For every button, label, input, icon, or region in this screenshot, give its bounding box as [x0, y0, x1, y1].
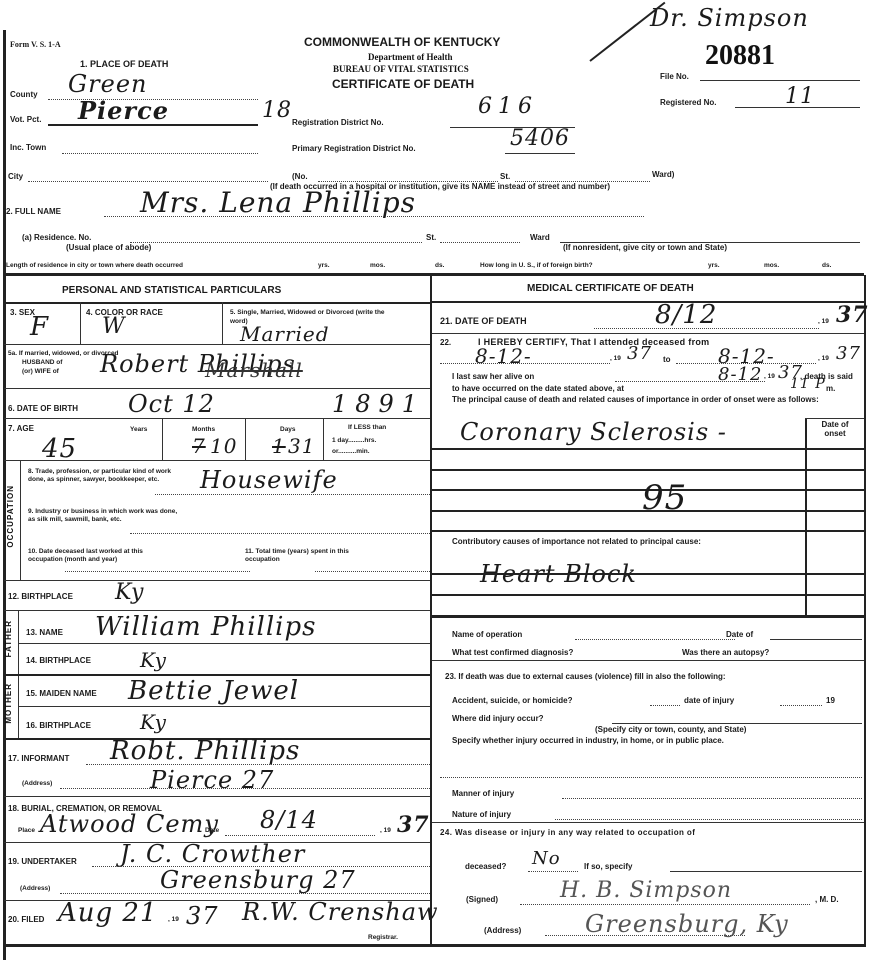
- specify-line: [670, 871, 862, 872]
- residence-st-label: St.: [426, 233, 436, 242]
- personal-title-line: [4, 302, 430, 304]
- father-birthplace-label: 14. BIRTHPLACE: [26, 656, 91, 665]
- cause-line-4: [432, 510, 864, 512]
- inc-town-line: [62, 153, 258, 154]
- how-long-us-label: How long in U. S., if of foreign birth?: [480, 262, 593, 269]
- undertaker-address: Greensburg 27: [160, 866, 356, 894]
- time-of-death: 11 P: [790, 376, 826, 392]
- department: Department of Health: [368, 52, 452, 62]
- dob-month-day: Oct 12: [128, 390, 215, 418]
- attended-to-year-prefix: , 19: [818, 355, 829, 362]
- birthplace-value: Ky: [115, 580, 144, 605]
- certify-no: 22.: [440, 338, 451, 347]
- us-yrs: yrs.: [708, 262, 720, 269]
- row-line: [4, 388, 430, 389]
- vot-pct-line: [48, 124, 258, 126]
- principal-cause-text: The principal cause of death and related…: [452, 395, 862, 405]
- last-saw-line: [615, 381, 765, 382]
- mother-birthplace-label: 16. BIRTHPLACE: [26, 721, 91, 730]
- row-line: [4, 580, 430, 581]
- operation-date-line: [770, 639, 862, 640]
- date-of-death-label: 21. DATE OF DEATH: [440, 316, 527, 326]
- ward-label: Ward): [652, 170, 674, 179]
- residence-label: (a) Residence. No.: [22, 233, 91, 242]
- burial-date-label: Date: [205, 827, 219, 834]
- last-worked-line: [65, 571, 250, 572]
- specify-label: If so, specify: [584, 862, 632, 871]
- father-name: William Phillips: [95, 612, 316, 642]
- filed-year-prefix: , 19: [168, 916, 179, 923]
- county: Green: [68, 70, 148, 98]
- m-label: m.: [826, 384, 835, 393]
- undertaker-address-label: (Address): [20, 885, 50, 892]
- race-value: W: [102, 314, 126, 339]
- mother-side-label: MOTHER: [4, 683, 13, 724]
- onset-top-line: [805, 418, 864, 419]
- filed-date: Aug 21: [58, 898, 158, 928]
- row-line: [4, 796, 430, 797]
- months-label: Months: [192, 426, 215, 433]
- nature-label: Nature of injury: [452, 810, 511, 819]
- state-title: COMMONWEALTH OF KENTUCKY: [304, 35, 500, 49]
- injury-date-line: [780, 705, 822, 706]
- industry-label: 9. Industry or business in which work wa…: [28, 508, 183, 524]
- attended-from-year-prefix: , 19: [610, 355, 621, 362]
- operation-line: [575, 639, 735, 640]
- where-injury-line: [612, 723, 862, 724]
- sex-value: F: [30, 312, 49, 342]
- to-label: to: [663, 355, 671, 364]
- less-than-label: If LESS than: [348, 424, 386, 431]
- birthplace-label: 12. BIRTHPLACE: [8, 592, 73, 601]
- accident-label: Accident, suicide, or homicide?: [452, 696, 572, 705]
- attended-to-year: 37: [836, 343, 861, 364]
- informant-address-line: [60, 788, 430, 789]
- nonresident-note: (If nonresident, give city or town and S…: [563, 243, 727, 252]
- residence-line: [130, 242, 422, 243]
- marital-value: Married: [240, 322, 330, 346]
- vot-pct-label: Vot. Pct.: [10, 115, 41, 124]
- attended-from: 8-12-: [475, 344, 532, 368]
- spouse-struck: Marshall: [205, 358, 303, 382]
- age-divider: [162, 418, 163, 460]
- form-id: Form V. S. 1-A: [10, 40, 61, 49]
- age-months: 10: [210, 434, 237, 458]
- mother-maiden-label: 15. MAIDEN NAME: [26, 689, 97, 698]
- burial-year-prefix: , 19: [380, 827, 391, 834]
- full-name: Mrs. Lena Phillips: [140, 186, 416, 219]
- registrar-signature: R.W. Crenshaw: [242, 898, 439, 926]
- signed-value: H. B. Simpson: [560, 878, 732, 903]
- manner-line: [562, 798, 862, 799]
- where-injury-label: Where did injury occur?: [452, 714, 544, 723]
- filed-label: 20. FILED: [8, 915, 44, 924]
- burial-date: 8/14: [260, 806, 318, 834]
- age-days-struck: 1: [272, 434, 286, 458]
- date-of-onset-label: Date of onset: [815, 420, 855, 438]
- last-saw-year-prefix: , 19: [764, 373, 775, 380]
- operation-label: Name of operation: [452, 630, 522, 639]
- date-of-death-line: [594, 328, 819, 329]
- where-injury-sub: (Specify city or town, county, and State…: [595, 725, 746, 734]
- burial-place-label: Place: [18, 827, 35, 834]
- dob-label: 6. DATE OF BIRTH: [8, 404, 78, 413]
- inc-town-label: Inc. Town: [10, 143, 46, 152]
- registered-no-label: Registered No.: [660, 98, 716, 107]
- certificate-title: CERTIFICATE OF DEATH: [332, 77, 474, 91]
- registered-no-line: [735, 107, 860, 108]
- row-line: [432, 822, 864, 823]
- last-worked-label: 10. Date deceased last worked at this oc…: [28, 548, 178, 564]
- father-birthplace: Ky: [140, 648, 167, 672]
- death-year-prefix: , 19: [818, 318, 829, 325]
- no-label: (No.: [292, 172, 308, 181]
- vot-pct: Pierce: [78, 96, 169, 125]
- injury-date-label: date of injury: [684, 696, 734, 705]
- trade-value: Housewife: [200, 466, 338, 494]
- undertaker-value: J. C. Crowther: [120, 840, 305, 868]
- or-min-label: or..........min.: [332, 448, 370, 455]
- informant-address-label: (Address): [22, 780, 52, 787]
- medical-section-title: MEDICAL CERTIFICATE OF DEATH: [527, 283, 694, 294]
- father-name-label: 13. NAME: [26, 628, 63, 637]
- attended-from-year: 37: [627, 343, 652, 364]
- medical-title-line: [432, 301, 864, 303]
- years-label: Years: [130, 426, 147, 433]
- informant-line: [86, 764, 430, 765]
- city-line: [28, 181, 268, 182]
- autopsy-label: Was there an autopsy?: [682, 648, 769, 657]
- registrar-label: Registrar.: [368, 934, 398, 941]
- deceased-line: [528, 871, 578, 872]
- contributory-label: Contributory causes of importance not re…: [452, 537, 782, 547]
- row-line: [18, 706, 430, 707]
- days-label: Days: [280, 426, 296, 433]
- signed-label: (Signed): [466, 895, 498, 904]
- file-no-line: [700, 80, 860, 81]
- row-line: [4, 610, 430, 611]
- informant-value: Robt. Phillips: [110, 736, 300, 766]
- file-no-label: File No.: [660, 72, 689, 81]
- age-months-struck: 7: [192, 434, 206, 458]
- county-label: County: [10, 90, 38, 99]
- occupation-side-label: OCCUPATION: [6, 485, 15, 548]
- contrib-line-2: [432, 594, 864, 596]
- sex-divider: [80, 302, 81, 344]
- primary-registration-district-line: [505, 153, 575, 154]
- test-label: What test confirmed diagnosis?: [452, 648, 573, 657]
- address-value: Greensburg, Ky: [585, 910, 789, 938]
- st-label: St.: [500, 172, 510, 181]
- length-ds: ds.: [435, 262, 444, 269]
- bottom-border: [4, 944, 866, 947]
- center-divider: [430, 275, 432, 945]
- cause-line-1: [432, 448, 864, 450]
- mother-maiden: Bettie Jewel: [128, 676, 299, 706]
- address-line: [545, 935, 745, 936]
- primary-registration-district: 5406: [510, 126, 570, 151]
- residence-ward-label: Ward: [530, 233, 550, 242]
- burial-date-line: [225, 835, 375, 836]
- address-label: (Address): [484, 926, 521, 935]
- specify-injury-label: Specify whether injury occurred in indus…: [452, 736, 864, 746]
- length-yrs: yrs.: [318, 262, 330, 269]
- industry-line: [130, 533, 430, 534]
- city-label: City: [8, 172, 23, 181]
- occupation-side-divider: [20, 460, 21, 580]
- right-border: [864, 275, 866, 945]
- deceased-label: deceased?: [465, 862, 506, 871]
- registration-district-label: Registration District No.: [292, 118, 384, 127]
- age-days: 31: [288, 434, 315, 458]
- vot-pct-note: 18: [262, 98, 292, 123]
- cause-line-5: [432, 530, 864, 532]
- contrib-line-1: [432, 573, 864, 575]
- residence-st-line: [440, 242, 520, 243]
- undertaker-label: 19. UNDERTAKER: [8, 857, 77, 866]
- total-time-label: 11. Total time (years) spent in this occ…: [245, 548, 355, 564]
- filed-year: 37: [186, 902, 219, 930]
- date-of-death: 8/12: [655, 300, 717, 330]
- registration-district: 616: [478, 94, 538, 119]
- occupation-related-label: 24. Was disease or injury in any way rel…: [440, 828, 695, 837]
- bureau: BUREAU OF VITAL STATISTICS: [333, 64, 469, 74]
- nature-line: [555, 819, 862, 820]
- race-divider: [222, 302, 223, 344]
- age-divider: [323, 418, 324, 460]
- header-divider: [4, 273, 864, 276]
- death-year: 37: [836, 302, 869, 328]
- row-line: [4, 344, 430, 345]
- dob-year: 1891: [332, 390, 425, 418]
- signed-line: [520, 904, 810, 905]
- file-no: 20881: [705, 40, 775, 72]
- total-time-line: [315, 571, 430, 572]
- trade-label: 8. Trade, profession, or particular kind…: [28, 468, 183, 484]
- cause-code: 95: [642, 478, 687, 518]
- attended-from-line: [440, 363, 610, 364]
- principal-cause: Coronary Sclerosis -: [460, 418, 727, 446]
- us-mos: mos.: [764, 262, 779, 269]
- row-line: [432, 660, 864, 661]
- informant-address: Pierce 27: [150, 766, 274, 794]
- contrib-line-3: [432, 615, 864, 618]
- place-of-death-label: 1. PLACE OF DEATH: [80, 59, 168, 69]
- trade-line: [155, 494, 430, 495]
- length-mos: mos.: [370, 262, 385, 269]
- burial-year: 37: [397, 812, 430, 838]
- injury-year-label: 19: [826, 696, 835, 705]
- occupation-related-value: No: [532, 848, 561, 869]
- us-ds: ds.: [822, 262, 831, 269]
- mother-birthplace: Ky: [140, 710, 167, 734]
- md-label: , M. D.: [815, 895, 839, 904]
- specify-injury-line: [440, 777, 862, 778]
- full-name-label: 2. FULL NAME: [6, 207, 61, 216]
- row-line: [432, 333, 864, 334]
- informant-label: 17. INFORMANT: [8, 754, 69, 763]
- row-line: [18, 643, 430, 644]
- day-hrs-label: 1 day.........hrs.: [332, 437, 376, 444]
- external-label: 23. If death was due to external causes …: [445, 672, 865, 682]
- row-line: [4, 418, 430, 419]
- manner-label: Manner of injury: [452, 789, 514, 798]
- top-annotation: Dr. Simpson: [650, 4, 809, 32]
- age-label: 7. AGE: [8, 424, 34, 433]
- occurred-label: to have occurred on the date stated abov…: [452, 384, 624, 393]
- burial-place: Atwood Cemy: [40, 810, 219, 838]
- full-name-line: [104, 216, 644, 217]
- residence-sub: (Usual place of abode): [66, 243, 151, 252]
- registered-no: 11: [785, 84, 815, 109]
- spouse-label-2: HUSBAND of: [22, 359, 62, 366]
- cause-line-2: [432, 469, 864, 471]
- last-saw-label: I last saw her alive on: [452, 372, 534, 381]
- accident-line: [650, 705, 680, 706]
- spouse-label-3: (or) WIFE of: [22, 368, 59, 375]
- row-line: [4, 460, 430, 461]
- personal-section-title: PERSONAL AND STATISTICAL PARTICULARS: [62, 285, 281, 296]
- operation-date-label: Date of: [726, 630, 753, 639]
- primary-registration-district-label: Primary Registration District No.: [292, 144, 416, 153]
- father-side-label: FATHER: [4, 620, 13, 657]
- length-residence-label: Length of residence in city or town wher…: [6, 262, 183, 269]
- undertaker-address-line: [60, 893, 430, 894]
- age-divider: [245, 418, 246, 460]
